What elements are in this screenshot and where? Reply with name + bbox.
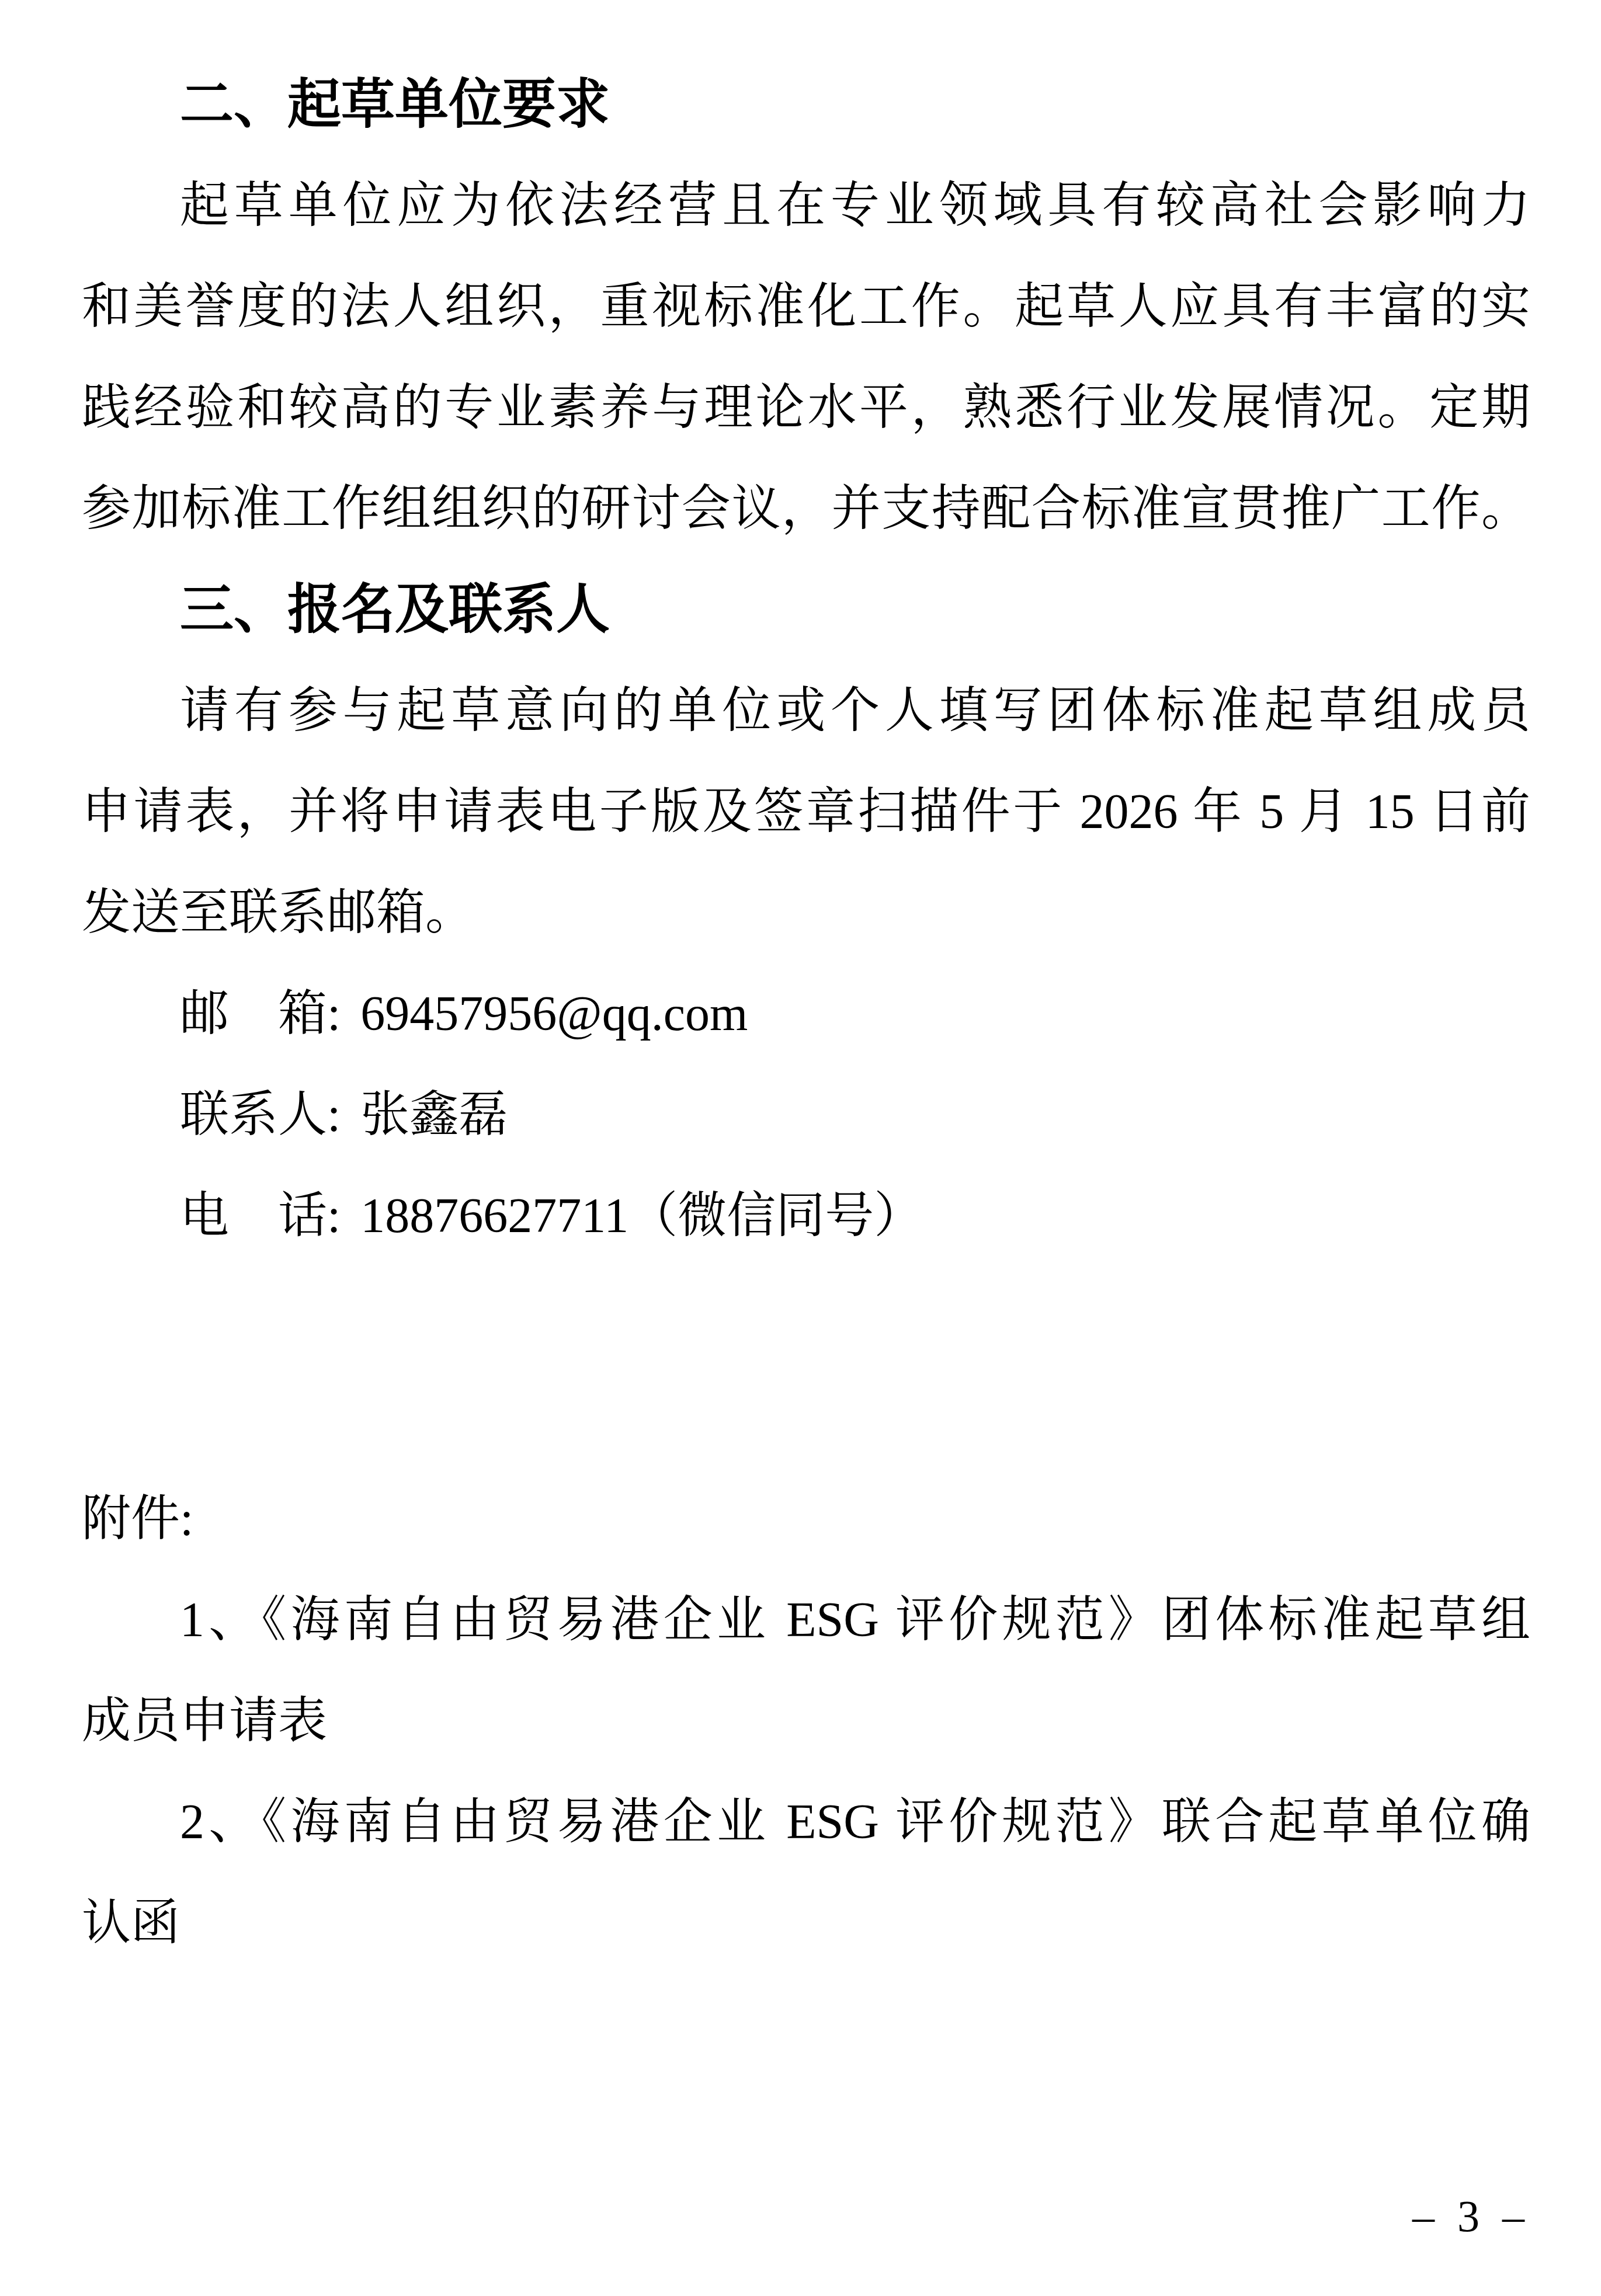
attachments-label: 附件: (82, 1469, 1530, 1570)
section-2-paragraph-line-4: 参加标准工作组组织的研讨会议，并支持配合标准宣贯推广工作。 (82, 458, 1530, 559)
section-2-heading: 二、起草单位要求 (82, 54, 1530, 155)
contact-person-label: 联系人: (180, 1088, 341, 1142)
section-3-paragraph-line-2: 申请表，并将申请表电子版及签章扫描件于 2026 年 5 月 15 日前 (82, 761, 1530, 862)
section-3-paragraph-line-1: 请有参与起草意向的单位或个人填写团体标准起草组成员 (82, 660, 1530, 761)
blank-lines (82, 1267, 1530, 1469)
contact-person-line: 联系人:张鑫磊 (82, 1064, 1530, 1166)
document-page: 二、起草单位要求 起草单位应为依法经营且在专业领域具有较高社会影响力 和美誉度的… (0, 0, 1601, 2296)
contact-phone-label: 电 话: (180, 1189, 341, 1243)
contact-person-value: 张鑫磊 (360, 1088, 508, 1142)
document-body: 二、起草单位要求 起草单位应为依法经营且在专业领域具有较高社会影响力 和美誉度的… (82, 54, 1530, 1974)
section-3-paragraph-line-3: 发送至联系邮箱。 (82, 862, 1530, 963)
page-number: – 3 – (1412, 2193, 1530, 2240)
section-3-heading: 三、报名及联系人 (82, 559, 1530, 660)
attachment-1-line-2: 成员申请表 (82, 1671, 1530, 1772)
attachment-2-line-1: 2、《海南自由贸易港企业 ESG 评价规范》联合起草单位确 (82, 1772, 1530, 1873)
contact-phone-line: 电 话:18876627711（微信同号） (82, 1166, 1530, 1267)
section-2-paragraph-line-2: 和美誉度的法人组织，重视标准化工作。起草人应具有丰富的实 (82, 256, 1530, 357)
contact-email-label: 邮 箱: (180, 987, 341, 1041)
contact-email-line: 邮 箱:69457956@qq.com (82, 963, 1530, 1064)
section-2-paragraph-line-1: 起草单位应为依法经营且在专业领域具有较高社会影响力 (82, 155, 1530, 256)
contact-phone-value: 18876627711（微信同号） (360, 1189, 923, 1243)
section-2-paragraph-line-3: 践经验和较高的专业素养与理论水平，熟悉行业发展情况。定期 (82, 357, 1530, 458)
attachment-2-line-2: 认函 (82, 1873, 1530, 1974)
attachment-1-line-1: 1、《海南自由贸易港企业 ESG 评价规范》团体标准起草组 (82, 1570, 1530, 1671)
contact-email-value: 69457956@qq.com (360, 987, 748, 1041)
